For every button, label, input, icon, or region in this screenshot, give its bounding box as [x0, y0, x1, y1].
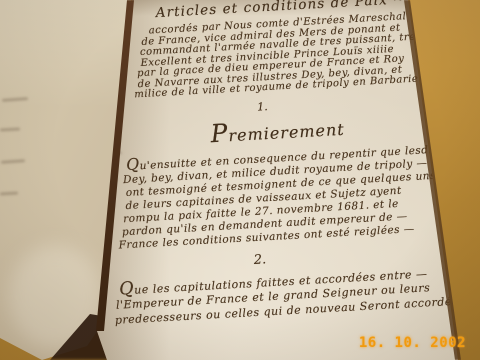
bleedthrough-mark [0, 127, 20, 131]
bleedthrough-mark [0, 192, 18, 196]
manuscript-preamble: accordés par Nous comte d'Estrées Maresc… [95, 10, 443, 103]
article-2-body: Que les capitulations faittes et accordé… [109, 263, 455, 328]
manuscript-text: Articles et conditions de Paix ~ accordé… [93, 0, 454, 328]
camera-timestamp: 16. 10. 2002 [359, 335, 466, 351]
bleedthrough-mark [2, 97, 28, 102]
photo-of-manuscript: Articles et conditions de Paix ~ accordé… [0, 0, 480, 360]
article-1-body: Qu'ensuitte et en consequence du repenti… [102, 140, 451, 253]
article-2-number: 2. [253, 241, 452, 267]
bleedthrough-mark [1, 159, 25, 164]
